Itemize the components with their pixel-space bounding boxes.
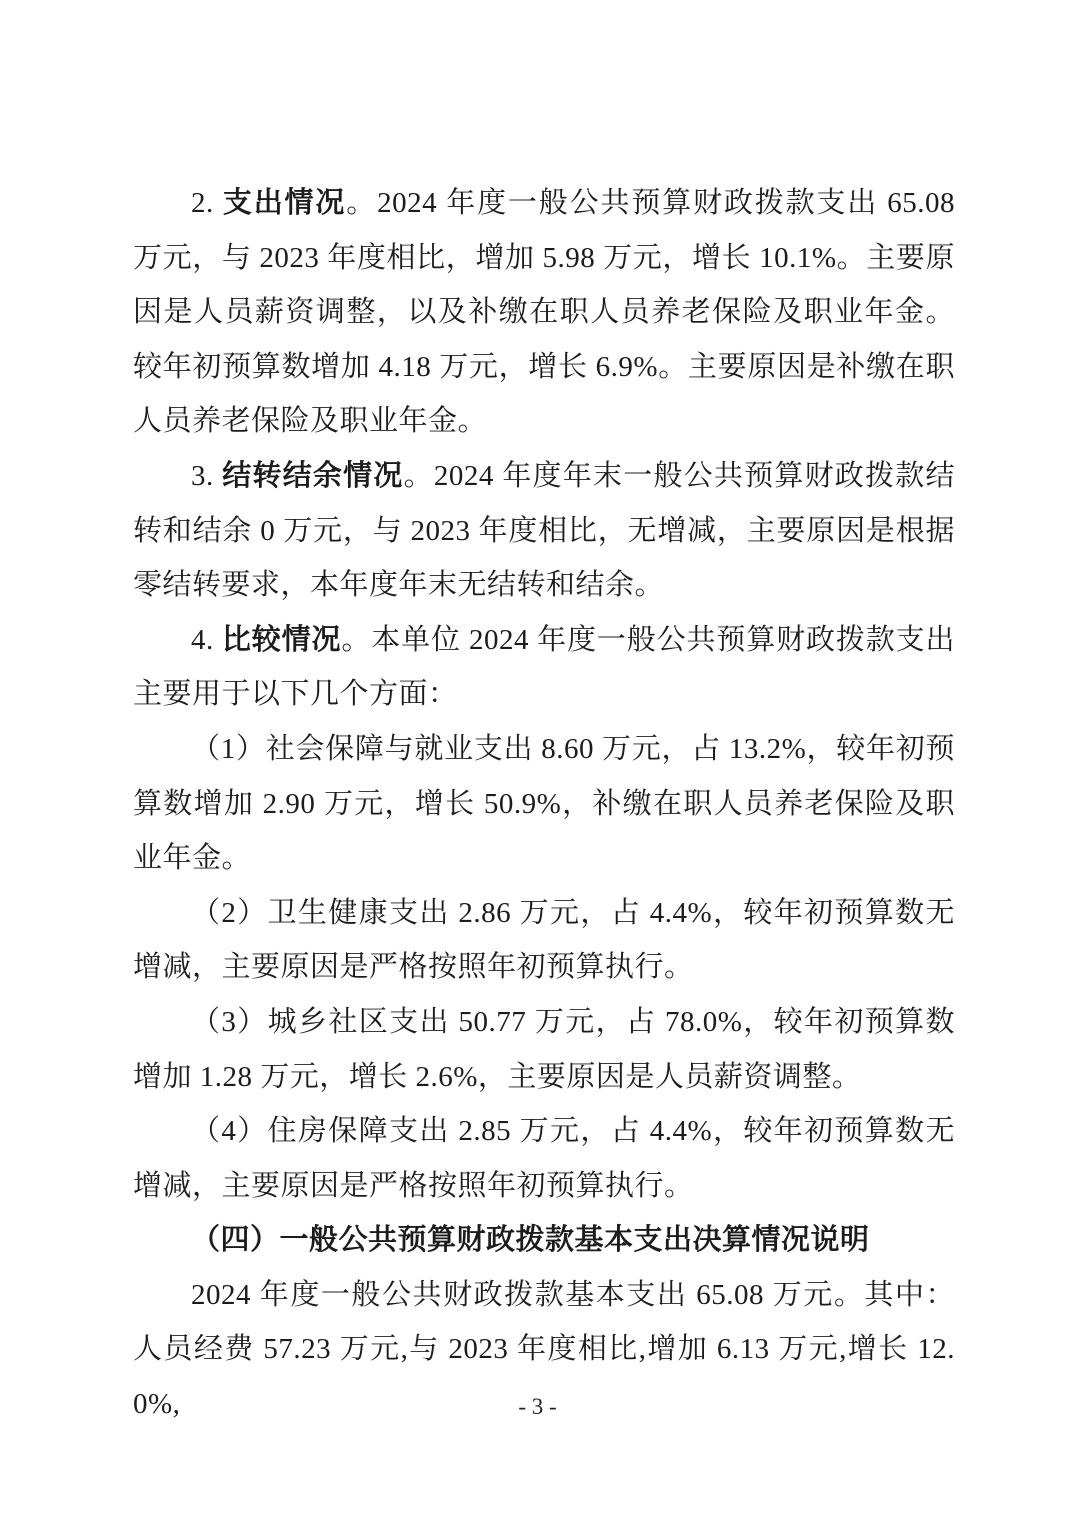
- page-number: - 3 -: [0, 1392, 1075, 1422]
- paragraph-text-run: （1）社会保障与就业支出 8.60 万元，占 13.2%，较年初预算数增加 2.…: [133, 733, 955, 874]
- paragraph: （1）社会保障与就业支出 8.60 万元，占 13.2%，较年初预算数增加 2.…: [133, 722, 955, 886]
- paragraph: （3）城乡社区支出 50.77 万元，占 78.0%，较年初预算数增加 1.28…: [133, 995, 955, 1104]
- paragraph-bold-run: 结转结余情况: [222, 460, 403, 492]
- paragraph-bold-run: 支出情况: [223, 187, 346, 219]
- paragraph-bold-run: 比较情况: [222, 624, 342, 656]
- paragraph-bold-run: （四）一般公共预算财政拨款基本支出决算情况说明: [191, 1224, 870, 1256]
- paragraph-text-run: 4.: [191, 624, 222, 656]
- document-body: 2. 支出情况。2024 年度一般公共预算财政拨款支出 65.08 万元，与 2…: [133, 176, 955, 1432]
- paragraph: 3. 结转结余情况。2024 年度年末一般公共预算财政拨款结转和结余 0 万元，…: [133, 449, 955, 613]
- paragraph: （4）住房保障支出 2.85 万元，占 4.4%，较年初预算数无增减，主要原因是…: [133, 1104, 955, 1213]
- paragraph-text-run: 。2024 年度一般公共预算财政拨款支出 65.08 万元，与 2023 年度相…: [133, 187, 955, 437]
- paragraph-text-run: （4）住房保障支出 2.85 万元，占 4.4%，较年初预算数无增减，主要原因是…: [133, 1115, 955, 1202]
- paragraph: （2）卫生健康支出 2.86 万元，占 4.4%，较年初预算数无增减，主要原因是…: [133, 886, 955, 995]
- document-page: 2. 支出情况。2024 年度一般公共预算财政拨款支出 65.08 万元，与 2…: [0, 0, 1075, 1520]
- paragraph-text-run: 3.: [191, 460, 222, 492]
- paragraph: 4. 比较情况。本单位 2024 年度一般公共预算财政拨款支出主要用于以下几个方…: [133, 613, 955, 722]
- section-heading: （四）一般公共预算财政拨款基本支出决算情况说明: [133, 1213, 955, 1268]
- paragraph: 2. 支出情况。2024 年度一般公共预算财政拨款支出 65.08 万元，与 2…: [133, 176, 955, 449]
- paragraph-text-run: （3）城乡社区支出 50.77 万元，占 78.0%，较年初预算数增加 1.28…: [133, 1006, 955, 1093]
- paragraph-text-run: 2.: [191, 187, 223, 219]
- paragraph-text-run: （2）卫生健康支出 2.86 万元，占 4.4%，较年初预算数无增减，主要原因是…: [133, 897, 955, 984]
